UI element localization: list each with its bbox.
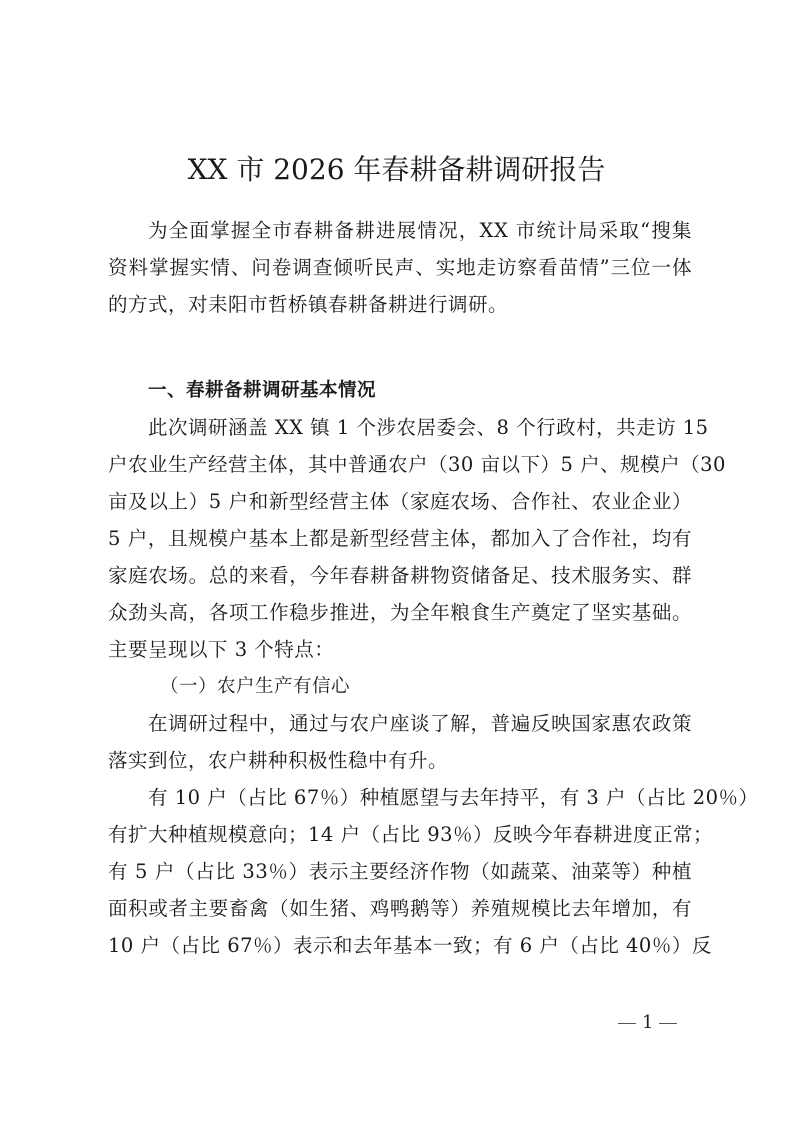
dash-decoration	[659, 1023, 677, 1024]
paragraph-line: 10 户（占比 67％）表示和去年基本一致；有 6 户（占比 40％）反	[108, 927, 692, 964]
paragraph-line: 家庭农场。总的来看，今年春耕备耕物资储备足、技术服务实、群	[108, 557, 692, 594]
dash-decoration	[618, 1023, 636, 1024]
document-title: XX 市 2026 年春耕备耕调研报告	[0, 148, 793, 188]
paragraph-line: 的方式，对耒阳市哲桥镇春耕备耕进行调研。	[108, 286, 692, 323]
paragraph-line: 资料掌握实情、问卷调查倾听民声、实地走访察看苗情”三位一体	[108, 249, 692, 286]
page-number: 1	[642, 1012, 653, 1033]
paragraph-line: 面积或者主要畜禽（如生猪、鸡鸭鹅等）养殖规模比去年增加，有	[108, 890, 692, 927]
paragraph-line: 亩及以上）5 户和新型经营主体（家庭农场、合作社、农业企业）	[108, 483, 692, 520]
paragraph-line: 此次调研涵盖 XX 镇 1 个涉农居委会、8 个行政村，共走访 15	[108, 409, 692, 446]
paragraph-line: 户农业生产经营主体，其中普通农户（30 亩以下）5 户、规模户（30	[108, 446, 692, 483]
paragraph-line: 有扩大种植规模意向；14 户（占比 93％）反映今年春耕进度正常；	[108, 816, 692, 853]
document-page: XX 市 2026 年春耕备耕调研报告 为全面掌握全市春耕备耕进展情况，XX 市…	[0, 0, 793, 1122]
section-1: 一、春耕备耕调研基本情况 此次调研涵盖 XX 镇 1 个涉农居委会、8 个行政村…	[108, 372, 692, 964]
paragraph-line: 众劲头高，各项工作稳步推进，为全年粮食生产奠定了坚实基础。	[108, 594, 692, 631]
subsection-heading: （一）农户生产有信心	[108, 668, 692, 705]
page-footer: 1	[612, 1012, 683, 1033]
paragraph-line: 在调研过程中，通过与农户座谈了解，普遍反映国家惠农政策	[108, 705, 692, 742]
paragraph-line: 有 10 户（占比 67％）种植愿望与去年持平，有 3 户（占比 20％）	[108, 779, 692, 816]
intro-paragraph: 为全面掌握全市春耕备耕进展情况，XX 市统计局采取“搜集 资料掌握实情、问卷调查…	[108, 212, 692, 323]
paragraph-line: 有 5 户（占比 33％）表示主要经济作物（如蔬菜、油菜等）种植	[108, 853, 692, 890]
paragraph-line: 落实到位，农户耕种积极性稳中有升。	[108, 742, 692, 779]
paragraph-line: 主要呈现以下 3 个特点：	[108, 631, 692, 668]
paragraph-line: 为全面掌握全市春耕备耕进展情况，XX 市统计局采取“搜集	[108, 212, 692, 249]
section-heading: 一、春耕备耕调研基本情况	[108, 372, 692, 409]
paragraph-line: 5 户，且规模户基本上都是新型经营主体，都加入了合作社，均有	[108, 520, 692, 557]
